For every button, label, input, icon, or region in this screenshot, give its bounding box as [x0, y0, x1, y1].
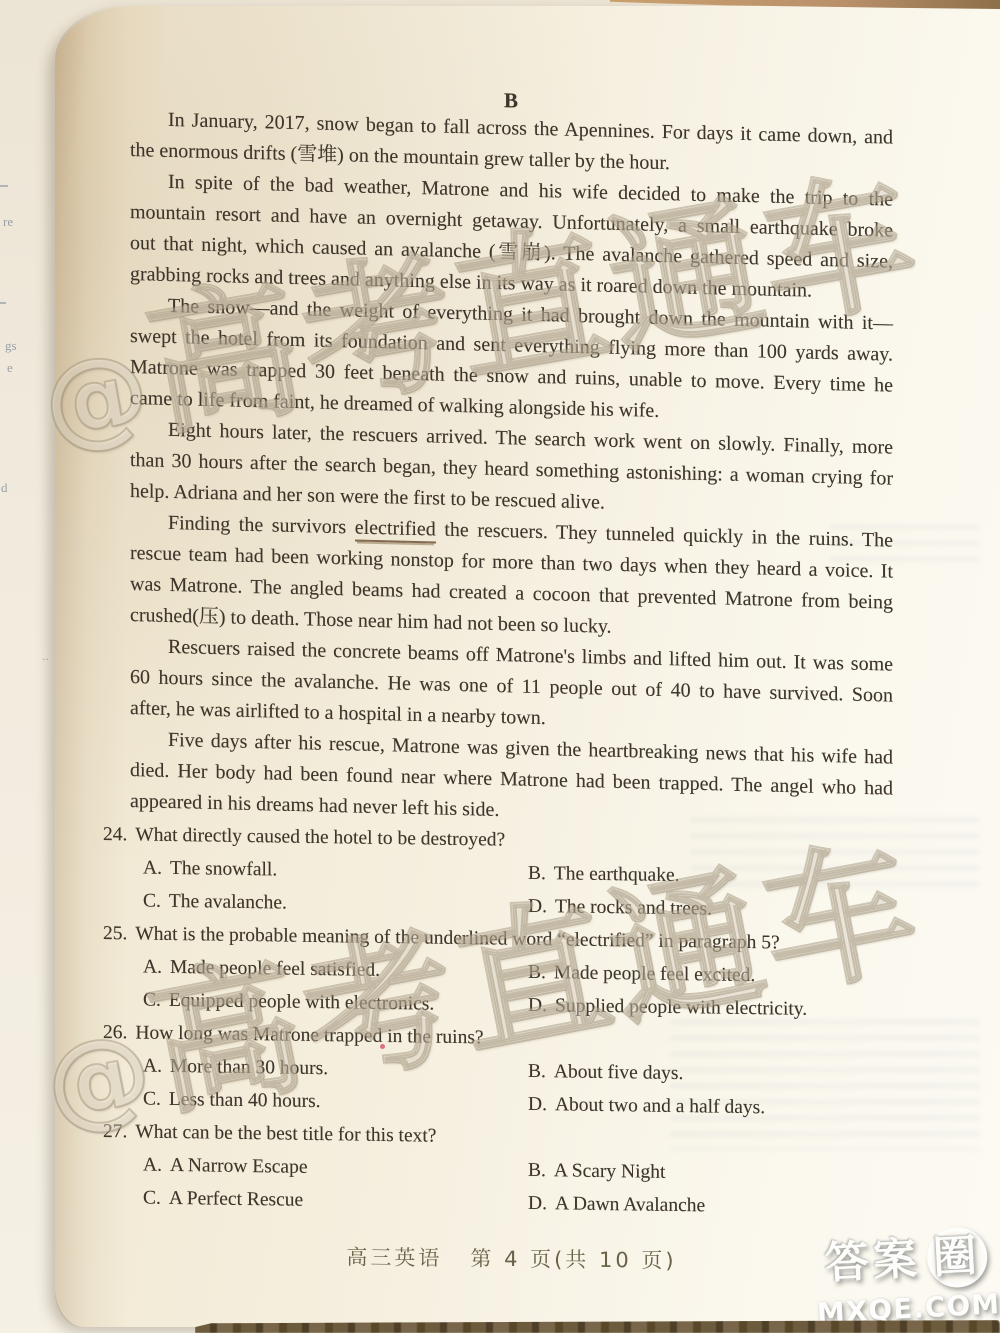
option-label: B. — [528, 1061, 546, 1082]
stamp-circled-character: 圈 — [925, 1226, 988, 1289]
question-block: 26.How long was Matrone trapped in the r… — [103, 1016, 933, 1127]
answer-option-d: D.A Dawn Avalanche — [528, 1187, 933, 1226]
answer-option-b: B.Made people feel excited. — [528, 956, 933, 995]
question-number: 24. — [103, 824, 127, 845]
answer-option-b: B.The earthquake. — [528, 857, 933, 896]
red-pen-mark — [380, 1044, 385, 1049]
option-text: Equipped people with electronics. — [169, 990, 434, 1015]
paragraph: In spite of the bad weather, Matrone and… — [130, 166, 893, 309]
option-label: C. — [143, 1188, 161, 1209]
paragraph: Five days after his rescue, Matrone was … — [130, 724, 893, 836]
questions-section: 24.What directly caused the hotel to be … — [103, 818, 933, 1226]
passage-text: Finding the survivors — [168, 512, 355, 539]
question-block: 25.What is the probable meaning of the u… — [103, 917, 933, 1028]
option-text: A Narrow Escape — [170, 1155, 308, 1178]
option-text: A Perfect Rescue — [169, 1188, 303, 1211]
underpage-text-fragment: gs — [5, 338, 17, 354]
option-label: B. — [528, 1160, 546, 1181]
underpage-dots: ‥ — [42, 652, 51, 663]
option-label: C. — [143, 1089, 161, 1110]
options-grid: A.More than 30 hours.B.About five days.C… — [103, 1049, 933, 1127]
option-text: Supplied people with electricity. — [555, 995, 807, 1020]
question-text: What is the probable meaning of the unde… — [135, 923, 779, 953]
reading-passage-section: B In January, 2017, snow began to fall a… — [130, 78, 893, 836]
option-text: The avalanche. — [169, 891, 287, 914]
answer-option-b: B.A Scary Night — [528, 1154, 933, 1193]
question-number: 25. — [103, 923, 127, 944]
answer-option-b: B.About five days. — [528, 1055, 933, 1094]
option-label: A. — [143, 858, 162, 879]
stamp-text: 答案 — [823, 1233, 922, 1289]
option-label: D. — [528, 1193, 547, 1214]
answer-option-d: D.About two and a half days. — [528, 1088, 933, 1127]
answer-option-d: D.Supplied people with electricity. — [528, 989, 933, 1028]
underpage-text-fragment: d — [1, 480, 8, 496]
question-block: 24.What directly caused the hotel to be … — [103, 818, 933, 929]
option-label: D. — [528, 995, 547, 1016]
option-text: The earthquake. — [554, 863, 680, 886]
underlined-word: electrified — [355, 516, 436, 543]
option-label: B. — [528, 962, 546, 983]
option-text: Made people feel excited. — [554, 962, 755, 986]
option-text: About two and a half days. — [555, 1094, 765, 1118]
passage-text: after, he was airlifted to a hospital in… — [130, 697, 546, 729]
underpage-mark — [0, 185, 8, 187]
scanned-exam-page: { "colors": { "paper": "#f4eddc", "ink":… — [0, 0, 1000, 1333]
option-label: A. — [143, 1155, 162, 1176]
option-text: Less than 40 hours. — [169, 1089, 321, 1112]
question-text: How long was Matrone trapped in the ruin… — [135, 1022, 483, 1048]
option-label: B. — [528, 863, 546, 884]
question-block: 27.What can be the best title for this t… — [103, 1115, 933, 1226]
option-label: C. — [143, 990, 161, 1011]
options-grid: A.A Narrow EscapeB.A Scary NightC.A Perf… — [103, 1148, 933, 1226]
options-grid: A.Made people feel satisfied.B.Made peop… — [103, 950, 933, 1028]
option-text: A Dawn Avalanche — [555, 1193, 705, 1216]
paragraph: Finding the survivors electrified the re… — [130, 507, 893, 650]
underpage-text-fragment: e — [7, 360, 13, 376]
option-label: C. — [143, 891, 161, 912]
option-text: More than 30 hours. — [170, 1056, 328, 1079]
option-text: Made people feel satisfied. — [170, 957, 380, 981]
option-text: The snowfall. — [170, 858, 277, 880]
option-label: D. — [528, 896, 547, 917]
underpage-mark — [0, 302, 6, 304]
option-label: A. — [143, 957, 162, 978]
options-grid: A.The snowfall.B.The earthquake.C.The av… — [103, 851, 933, 929]
underpage-text-fragment: re — [3, 214, 13, 230]
question-text: What can be the best title for this text… — [135, 1121, 436, 1146]
paragraph: The snow—and the weight of everything it… — [130, 290, 893, 433]
answer-option-c: C.A Perfect Rescue — [103, 1181, 528, 1220]
question-number: 26. — [103, 1022, 127, 1043]
option-text: A Scary Night — [554, 1160, 666, 1183]
site-stamp: 答案圈 MXQE.COM — [812, 1218, 1000, 1329]
option-text: About five days. — [554, 1061, 683, 1084]
option-text: The rocks and trees. — [555, 896, 712, 919]
answer-option-d: D.The rocks and trees. — [528, 890, 933, 929]
stamp-logo-text: 答案圈 — [812, 1218, 998, 1294]
question-number: 27. — [103, 1121, 127, 1142]
passage-text: appeared in his dreams had never left hi… — [130, 790, 499, 821]
option-label: D. — [528, 1094, 547, 1115]
footer-course-name: 高三英语 — [346, 1245, 442, 1270]
option-label: A. — [143, 1056, 162, 1077]
footer-page-number: 第 4 页(共 10 页) — [470, 1247, 676, 1273]
question-text: What directly caused the hotel to be des… — [135, 824, 505, 850]
passage-paragraphs: In January, 2017, snow began to fall acr… — [130, 104, 893, 836]
